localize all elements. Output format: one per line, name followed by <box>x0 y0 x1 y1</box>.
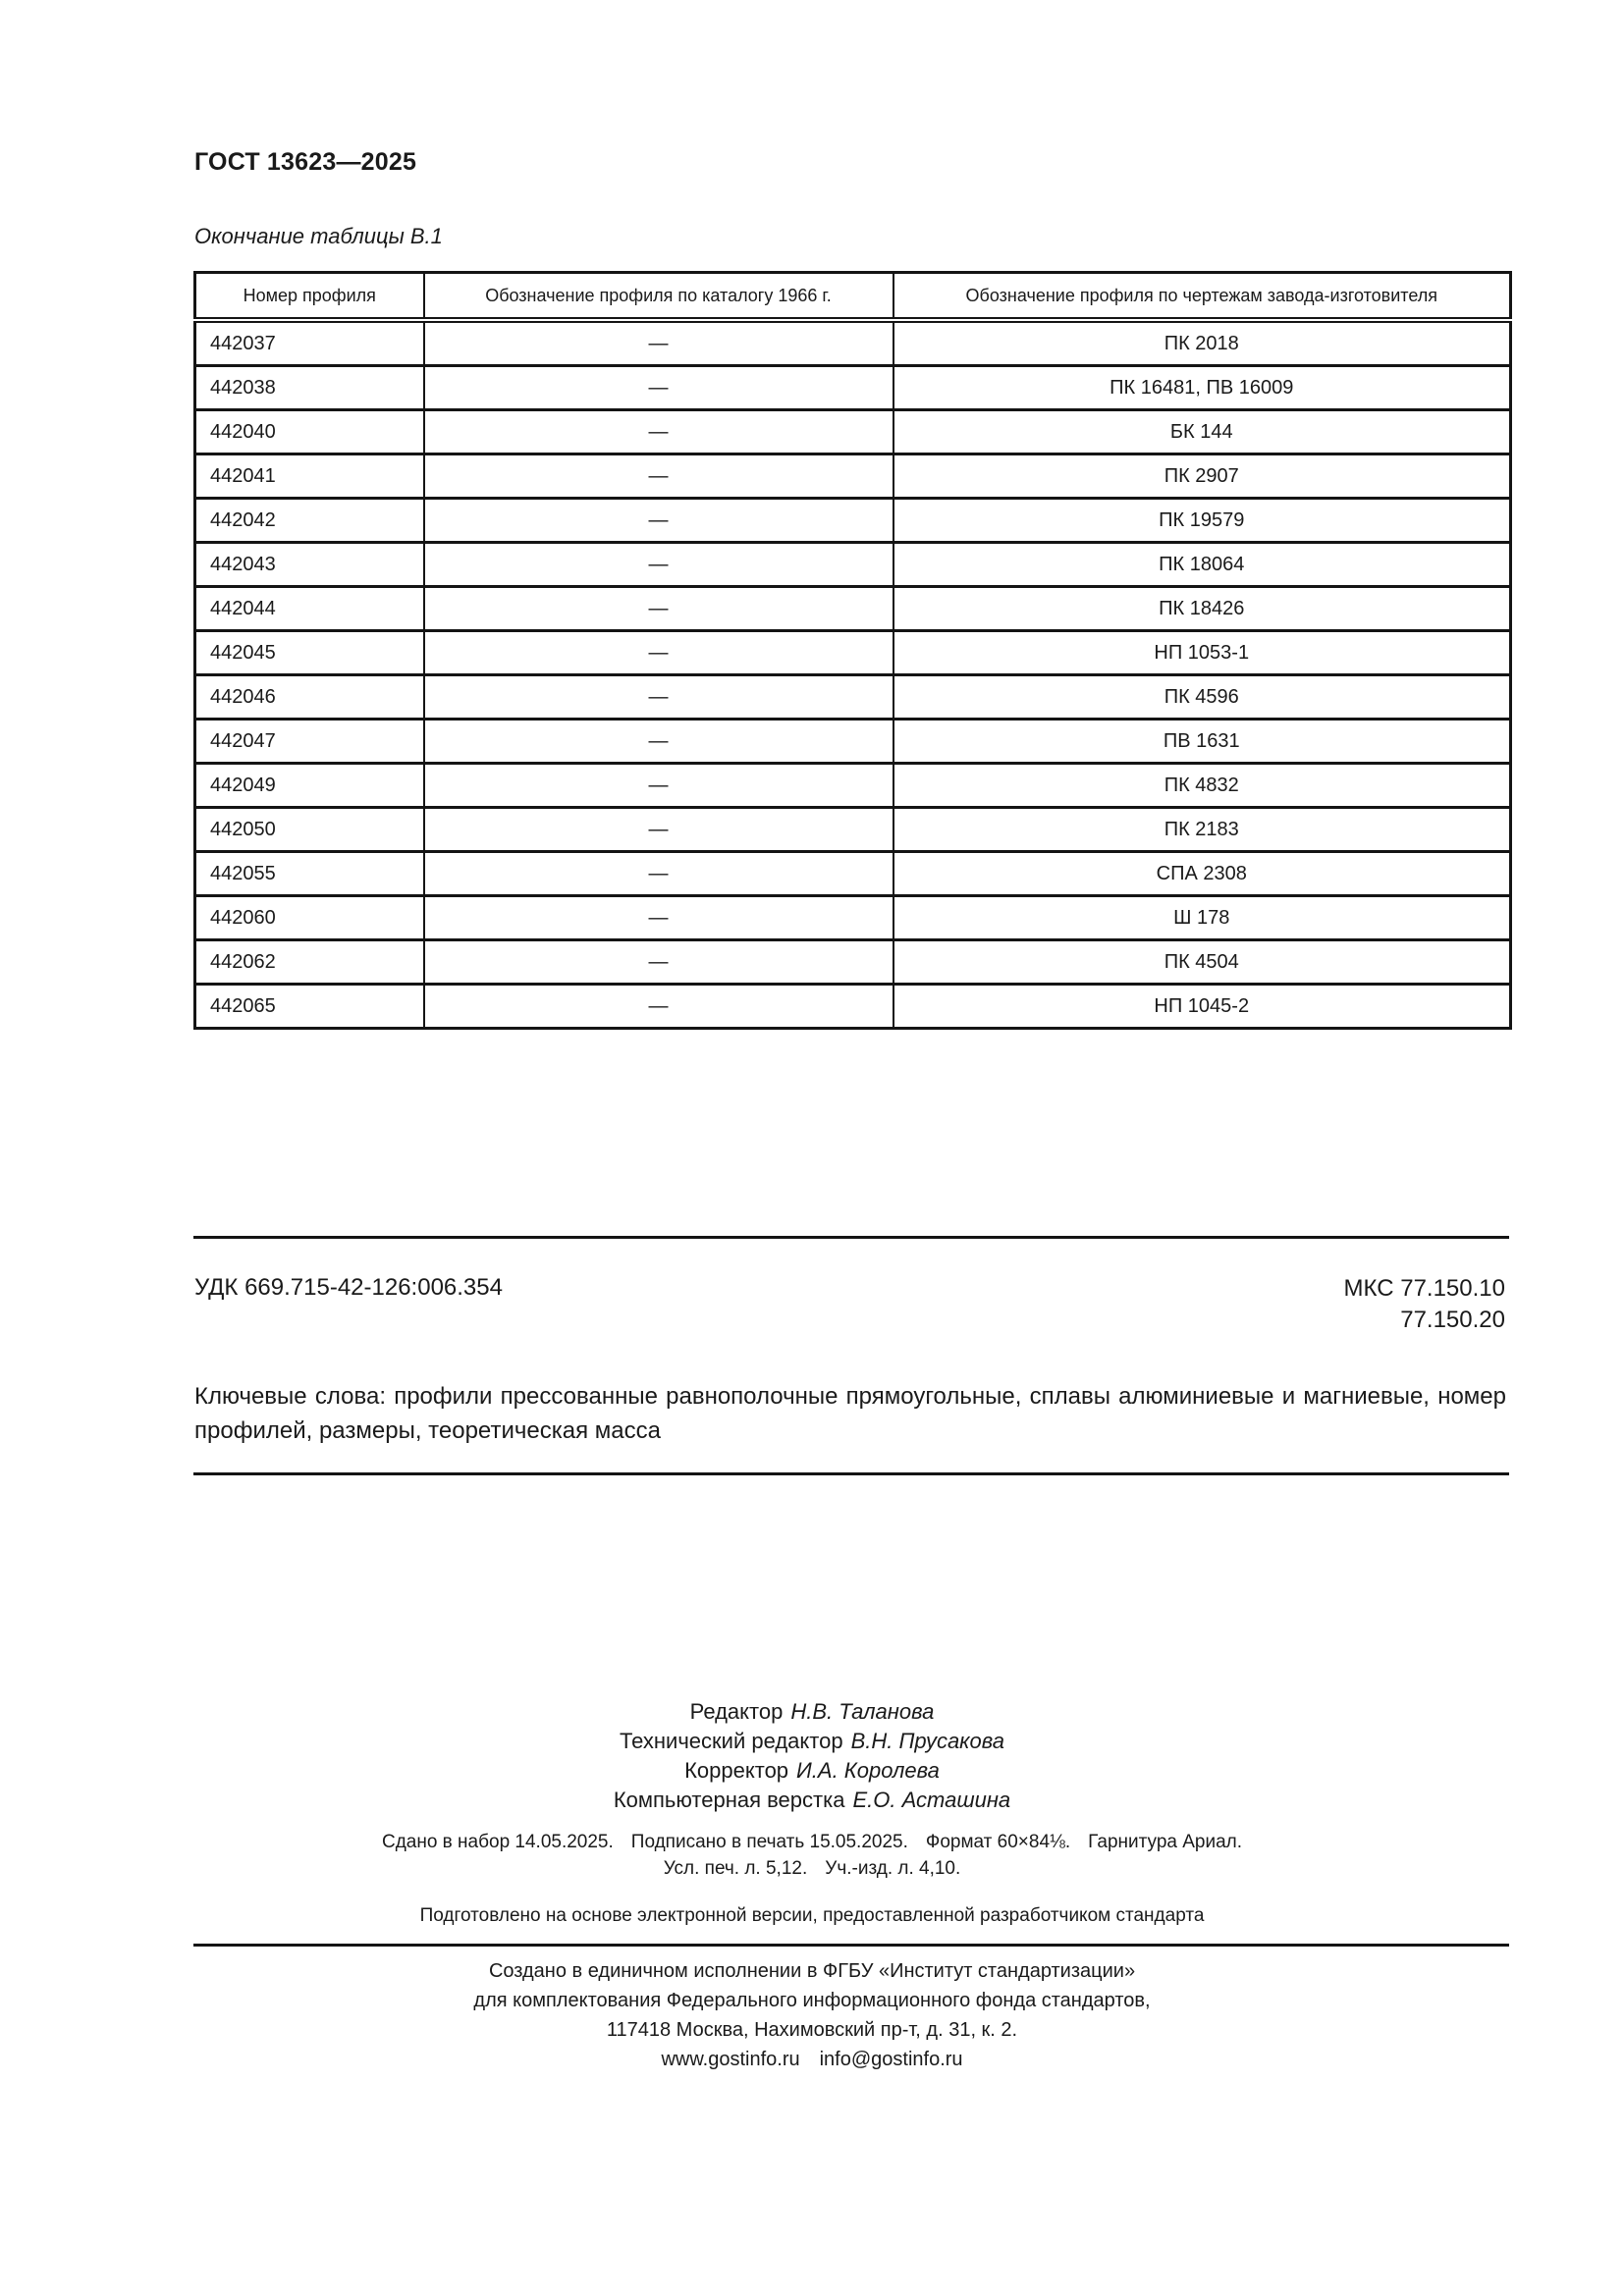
catalog-1966-cell: — <box>424 320 893 366</box>
publisher-line-2: для комплектования Федерального информац… <box>0 1986 1624 2015</box>
table-row: 442050—ПК 2183 <box>195 808 1511 852</box>
table-row: 442062—ПК 4504 <box>195 940 1511 985</box>
catalog-1966-cell: — <box>424 454 893 499</box>
publisher-block: Создано в единичном исполнении в ФГБУ «И… <box>0 1956 1624 2074</box>
divider-keywords <box>193 1472 1509 1475</box>
website-link[interactable]: www.gostinfo.ru <box>661 2049 799 2070</box>
credit-editor: РедакторН.В. Таланова <box>0 1697 1624 1727</box>
table-row: 442047—ПВ 1631 <box>195 720 1511 764</box>
credit-layout: Компьютерная версткаЕ.О. Асташина <box>0 1786 1624 1815</box>
credit-name: Н.В. Таланова <box>790 1699 934 1724</box>
manufacturer-designation-cell: ПК 18064 <box>893 543 1511 587</box>
table-row: 442042—ПК 19579 <box>195 499 1511 543</box>
catalog-1966-cell: — <box>424 852 893 896</box>
profile-number-cell: 442060 <box>195 896 424 940</box>
catalog-1966-cell: — <box>424 764 893 808</box>
table-row: 442038—ПК 16481, ПВ 16009 <box>195 366 1511 410</box>
divider-top <box>193 1236 1509 1239</box>
publisher-address: 117418 Москва, Нахимовский пр-т, д. 31, … <box>0 2015 1624 2045</box>
table-row: 442045—НП 1053-1 <box>195 631 1511 675</box>
table-row: 442041—ПК 2907 <box>195 454 1511 499</box>
catalog-1966-cell: — <box>424 675 893 720</box>
table-row: 442044—ПК 18426 <box>195 587 1511 631</box>
print-sign-date: Подписано в печать 15.05.2025. <box>631 1832 908 1852</box>
manufacturer-designation-cell: Ш 178 <box>893 896 1511 940</box>
typeset-date: Сдано в набор 14.05.2025. <box>382 1832 614 1852</box>
manufacturer-designation-cell: ПВ 1631 <box>893 720 1511 764</box>
keywords: Ключевые слова: профили прессованные рав… <box>194 1379 1506 1448</box>
manufacturer-designation-cell: ПК 16481, ПВ 16009 <box>893 366 1511 410</box>
credit-proofreader: КорректорИ.А. Королева <box>0 1756 1624 1786</box>
catalog-1966-cell: — <box>424 631 893 675</box>
profile-number-cell: 442047 <box>195 720 424 764</box>
manufacturer-designation-cell: ПК 2907 <box>893 454 1511 499</box>
credit-name: И.А. Королева <box>796 1758 940 1783</box>
table-row: 442046—ПК 4596 <box>195 675 1511 720</box>
credit-role: Технический редактор <box>620 1729 843 1753</box>
manufacturer-designation-cell: НП 1045-2 <box>893 985 1511 1029</box>
table-header-row: Номер профиля Обозначение профиля по кат… <box>195 273 1511 321</box>
divider-publisher <box>193 1944 1509 1947</box>
catalog-1966-cell: — <box>424 940 893 985</box>
publisher-sheets: Уч.-изд. л. 4,10. <box>825 1858 960 1879</box>
manufacturer-designation-cell: ПК 4832 <box>893 764 1511 808</box>
table-row: 442043—ПК 18064 <box>195 543 1511 587</box>
credit-name: В.Н. Прусакова <box>851 1729 1004 1753</box>
manufacturer-designation-cell: ПК 4596 <box>893 675 1511 720</box>
catalog-1966-cell: — <box>424 896 893 940</box>
profile-number-cell: 442038 <box>195 366 424 410</box>
profile-number-cell: 442037 <box>195 320 424 366</box>
profile-number-cell: 442040 <box>195 410 424 454</box>
manufacturer-designation-cell: ПК 2183 <box>893 808 1511 852</box>
table-caption: Окончание таблицы В.1 <box>194 224 443 249</box>
credit-role: Корректор <box>684 1758 788 1783</box>
catalog-1966-cell: — <box>424 543 893 587</box>
format: Формат 60×84⅛. <box>926 1832 1070 1852</box>
credit-name: Е.О. Асташина <box>852 1788 1010 1812</box>
catalog-1966-cell: — <box>424 410 893 454</box>
catalog-1966-cell: — <box>424 808 893 852</box>
credit-role: Редактор <box>690 1699 784 1724</box>
manufacturer-designation-cell: ПК 2018 <box>893 320 1511 366</box>
publisher-line-1: Создано в единичном исполнении в ФГБУ «И… <box>0 1956 1624 1986</box>
credit-tech-editor: Технический редакторВ.Н. Прусакова <box>0 1727 1624 1756</box>
mks-code-1: МКС 77.150.10 <box>1344 1272 1505 1306</box>
table-row: 442065—НП 1045-2 <box>195 985 1511 1029</box>
publisher-contacts: www.gostinfo.ruinfo@gostinfo.ru <box>0 2045 1624 2074</box>
typeface: Гарнитура Ариал. <box>1088 1832 1242 1852</box>
table-row: 442040—БК 144 <box>195 410 1511 454</box>
imprint-block: Сдано в набор 14.05.2025.Подписано в печ… <box>0 1829 1624 1882</box>
mks-code-2: 77.150.20 <box>1344 1304 1505 1337</box>
mks-codes: МКС 77.150.10 77.150.20 <box>1344 1274 1505 1337</box>
credit-role: Компьютерная верстка <box>614 1788 845 1812</box>
manufacturer-designation-cell: СПА 2308 <box>893 852 1511 896</box>
catalog-1966-cell: — <box>424 587 893 631</box>
profile-number-cell: 442041 <box>195 454 424 499</box>
catalog-1966-cell: — <box>424 499 893 543</box>
catalog-1966-cell: — <box>424 366 893 410</box>
manufacturer-designation-cell: ПК 18426 <box>893 587 1511 631</box>
printed-sheets: Усл. печ. л. 5,12. <box>664 1858 808 1879</box>
table-row: 442060—Ш 178 <box>195 896 1511 940</box>
profile-number-cell: 442055 <box>195 852 424 896</box>
column-header-catalog-1966: Обозначение профиля по каталогу 1966 г. <box>424 273 893 321</box>
catalog-1966-cell: — <box>424 985 893 1029</box>
table-row: 442037—ПК 2018 <box>195 320 1511 366</box>
manufacturer-designation-cell: ПК 4504 <box>893 940 1511 985</box>
table-row: 442055—СПА 2308 <box>195 852 1511 896</box>
document-code: ГОСТ 13623—2025 <box>194 148 416 177</box>
column-header-profile-number: Номер профиля <box>195 273 424 321</box>
credits-block: РедакторН.В. Таланова Технический редакт… <box>0 1697 1624 1815</box>
profile-number-cell: 442042 <box>195 499 424 543</box>
column-header-manufacturer-drawing: Обозначение профиля по чертежам завода-и… <box>893 273 1511 321</box>
table-row: 442049—ПК 4832 <box>195 764 1511 808</box>
table-body: 442037—ПК 2018442038—ПК 16481, ПВ 160094… <box>195 320 1511 1029</box>
profile-number-cell: 442043 <box>195 543 424 587</box>
prepared-note: Подготовлено на основе электронной верси… <box>0 1905 1624 1927</box>
manufacturer-designation-cell: ПК 19579 <box>893 499 1511 543</box>
manufacturer-designation-cell: БК 144 <box>893 410 1511 454</box>
profile-number-cell: 442046 <box>195 675 424 720</box>
udk-code: УДК 669.715-42-126:006.354 <box>194 1274 503 1302</box>
imprint-line-2: Усл. печ. л. 5,12.Уч.-изд. л. 4,10. <box>0 1855 1624 1882</box>
profile-number-cell: 442049 <box>195 764 424 808</box>
manufacturer-designation-cell: НП 1053-1 <box>893 631 1511 675</box>
profile-number-cell: 442044 <box>195 587 424 631</box>
profiles-table: Номер профиля Обозначение профиля по кат… <box>193 271 1512 1030</box>
email-link[interactable]: info@gostinfo.ru <box>820 2049 963 2070</box>
catalog-1966-cell: — <box>424 720 893 764</box>
profile-number-cell: 442050 <box>195 808 424 852</box>
profile-number-cell: 442062 <box>195 940 424 985</box>
profile-number-cell: 442045 <box>195 631 424 675</box>
profile-number-cell: 442065 <box>195 985 424 1029</box>
imprint-line-1: Сдано в набор 14.05.2025.Подписано в печ… <box>0 1829 1624 1855</box>
